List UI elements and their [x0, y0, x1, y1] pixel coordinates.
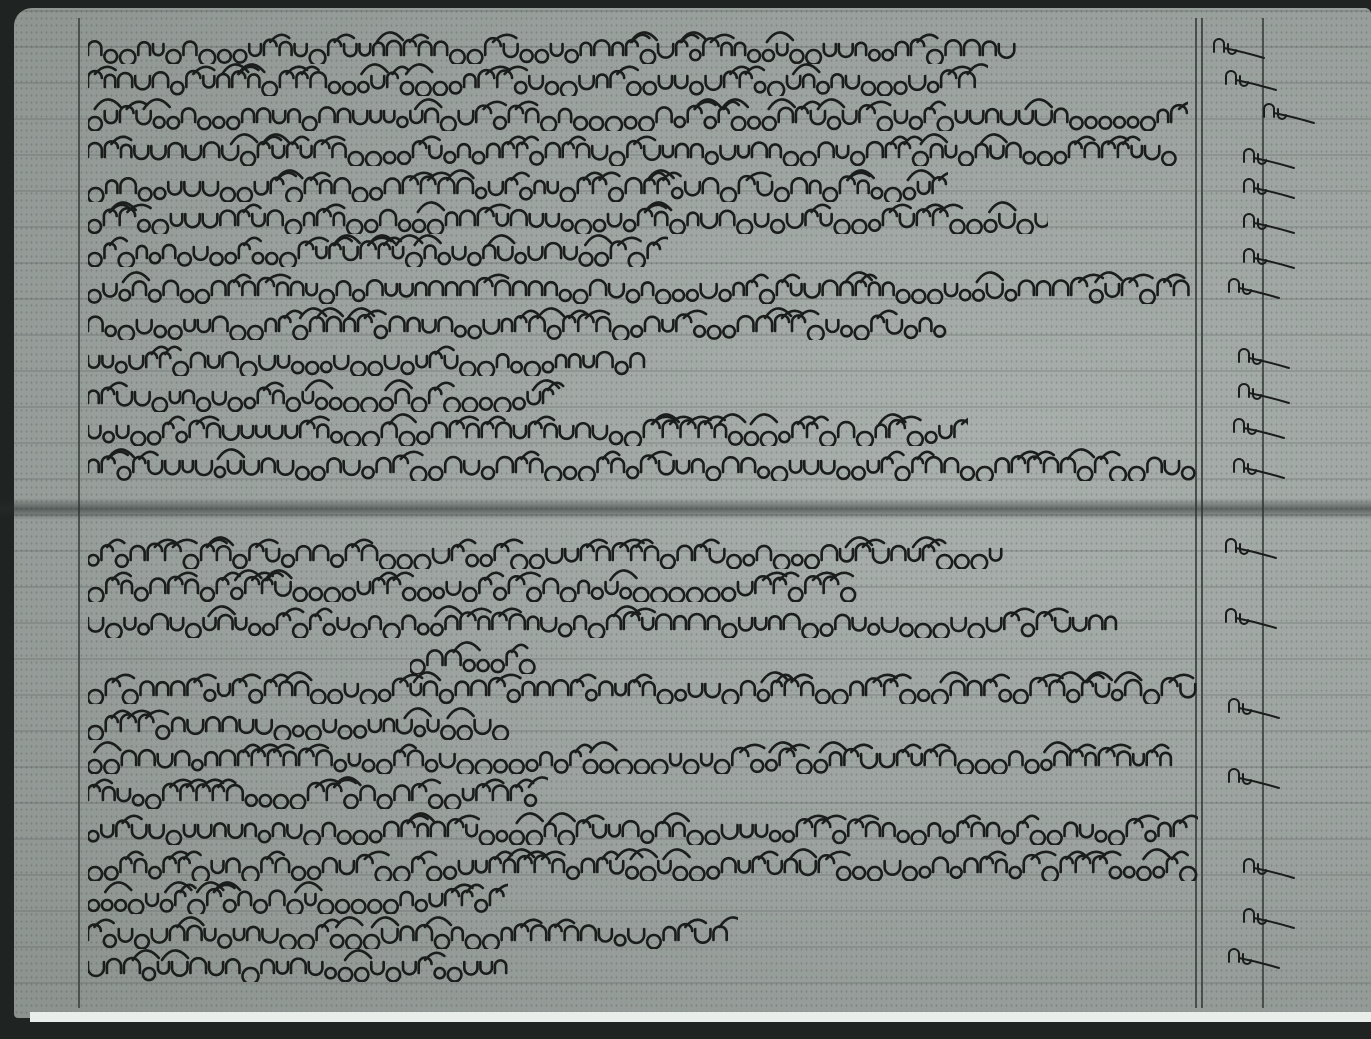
margin-note [1210, 30, 1270, 60]
margin-note [1240, 240, 1300, 270]
manuscript-line [88, 948, 518, 982]
manuscript-line [88, 378, 568, 412]
manuscript-line [88, 604, 1118, 638]
manuscript-line [88, 412, 968, 446]
margin-note [1230, 410, 1290, 440]
manuscript-line [88, 535, 1008, 569]
manuscript-line [88, 233, 668, 267]
manuscript-line [88, 270, 1198, 304]
margin-note [1222, 600, 1282, 630]
manuscript-line [88, 880, 508, 914]
manuscript-line [88, 847, 1198, 881]
margin-note [1225, 270, 1285, 300]
manuscript-line [88, 811, 1198, 845]
margin-note [1225, 690, 1285, 720]
manuscript-line [88, 168, 948, 202]
manuscript-line [88, 670, 1198, 704]
margin-note [1240, 900, 1300, 930]
margin-note [1240, 170, 1300, 200]
margin-note [1240, 140, 1300, 170]
margin-note [1222, 62, 1282, 92]
manuscript-line [88, 447, 1198, 481]
manuscript-line [88, 568, 868, 602]
manuscript-line [88, 775, 548, 809]
page-fold [0, 498, 1371, 520]
margin-note [1230, 450, 1290, 480]
manuscript-line [88, 62, 988, 96]
margin-note [1225, 760, 1285, 790]
manuscript-line [88, 132, 1188, 166]
manuscript-line [88, 342, 658, 376]
manuscript-line [88, 97, 1188, 131]
manuscript-line [88, 306, 948, 340]
manuscript-line [88, 706, 518, 740]
margin-note [1225, 940, 1285, 970]
margin-note [1240, 205, 1300, 235]
manuscript-line [88, 740, 1178, 774]
margin-note [1235, 340, 1295, 370]
margin-note [1260, 95, 1320, 125]
margin-note [1222, 530, 1282, 560]
margin-note [1240, 850, 1300, 880]
page-bottom-edge [30, 1012, 1371, 1022]
margin-note [1235, 375, 1295, 405]
manuscript-line [410, 640, 540, 674]
manuscript-line [88, 30, 1018, 64]
manuscript-line [88, 915, 738, 949]
manuscript-line [88, 200, 1048, 234]
